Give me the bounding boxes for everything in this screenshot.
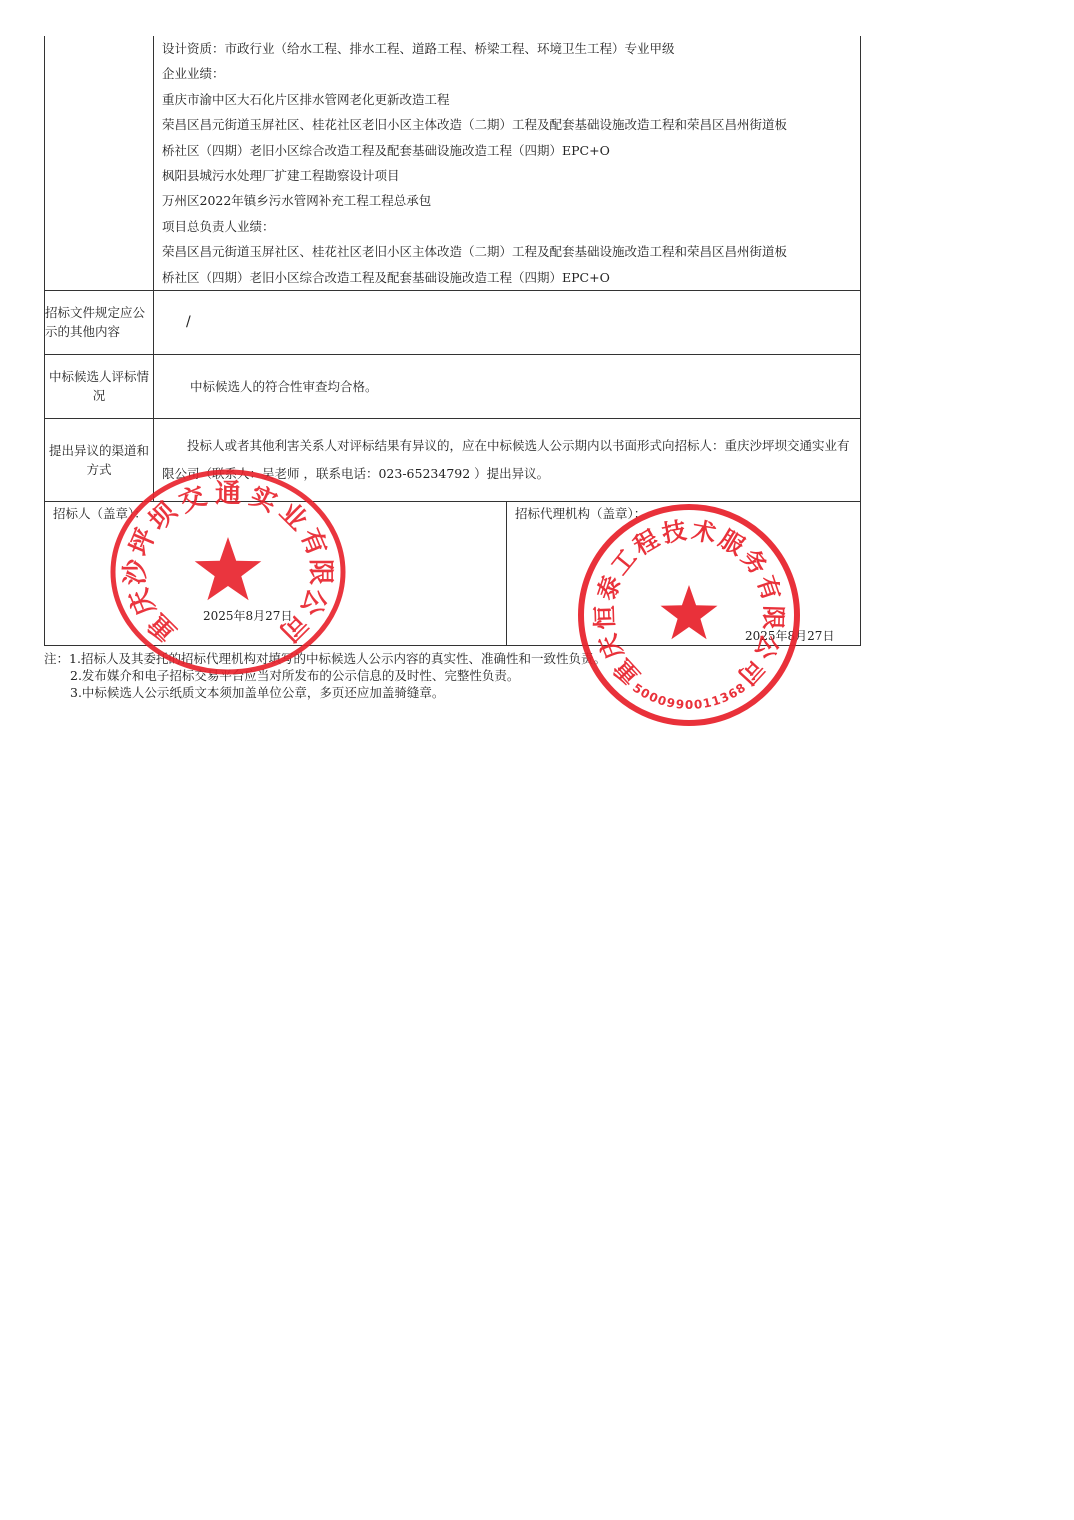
- note-item: 2.发布媒介和电子招标交易平台应当对所发布的公示信息的及时性、完整性负责。: [44, 667, 860, 684]
- note-item: 3.中标候选人公示纸质文本须加盖单位公章，多页还应加盖骑缝章。: [44, 684, 860, 701]
- tenderer-sign-date: 2025年8月27日: [203, 607, 292, 624]
- objection-value: 投标人或者其他利害关系人对评标结果有异议的，应在中标候选人公示期内以书面形式向招…: [154, 432, 860, 488]
- qualification-line: 设计资质：市政行业（给水工程、排水工程、道路工程、桥梁工程、环境卫生工程）专业甲…: [162, 36, 852, 61]
- qualification-line: 重庆市渝中区大石化片区排水管网老化更新改造工程: [162, 87, 852, 112]
- qualification-line: 企业业绩：: [162, 61, 852, 86]
- qualification-label-cell: [45, 36, 154, 290]
- qualification-line: 项目总负责人业绩：: [162, 214, 852, 239]
- qualification-row: 设计资质：市政行业（给水工程、排水工程、道路工程、桥梁工程、环境卫生工程）专业甲…: [45, 36, 861, 290]
- qualification-line: 万州区2022年镇乡污水管网补充工程工程总承包: [162, 188, 852, 213]
- notes-section: 注：1.招标人及其委托的招标代理机构对填写的中标候选人公示内容的真实性、准确性和…: [44, 650, 860, 701]
- agency-signature-cell: 招标代理机构（盖章）： 2025年8月27日: [507, 501, 861, 645]
- qualification-line: 桥社区（四期）老旧小区综合改造工程及配套基础设施改造工程（四期）EPC+O: [162, 138, 852, 163]
- objection-value-cell: 投标人或者其他利害关系人对评标结果有异议的，应在中标候选人公示期内以书面形式向招…: [154, 418, 861, 501]
- qualification-line: 桥社区（四期）老旧小区综合改造工程及配套基础设施改造工程（四期）EPC+O: [162, 265, 852, 290]
- agency-sign-date: 2025年8月27日: [745, 627, 834, 644]
- note-item: 1.招标人及其委托的招标代理机构对填写的中标候选人公示内容的真实性、准确性和一致…: [69, 651, 606, 666]
- agency-seal-label: 招标代理机构（盖章）：: [515, 504, 646, 522]
- objection-row: 提出异议的渠道和方式 投标人或者其他利害关系人对评标结果有异议的，应在中标候选人…: [45, 418, 861, 501]
- evaluation-label: 中标候选人评标情况: [45, 354, 154, 418]
- other-content-label: 招标文件规定应公示的其他内容: [45, 290, 154, 354]
- notes-prefix: 注：: [44, 651, 69, 666]
- candidate-announcement-document: 设计资质：市政行业（给水工程、排水工程、道路工程、桥梁工程、环境卫生工程）专业甲…: [44, 36, 860, 701]
- evaluation-value: 中标候选人的符合性审查均合格。: [154, 379, 378, 394]
- announcement-table: 设计资质：市政行业（给水工程、排水工程、道路工程、桥梁工程、环境卫生工程）专业甲…: [44, 36, 861, 646]
- evaluation-row: 中标候选人评标情况 中标候选人的符合性审查均合格。: [45, 354, 861, 418]
- qualification-line: 荣昌区昌元街道玉屏社区、桂花社区老旧小区主体改造（二期）工程及配套基础设施改造工…: [162, 239, 852, 264]
- other-content-row: 招标文件规定应公示的其他内容 /: [45, 290, 861, 354]
- tenderer-seal-label: 招标人（盖章）：: [53, 504, 147, 522]
- qualification-line: 荣昌区昌元街道玉屏社区、桂花社区老旧小区主体改造（二期）工程及配套基础设施改造工…: [162, 112, 852, 137]
- qualification-content-cell: 设计资质：市政行业（给水工程、排水工程、道路工程、桥梁工程、环境卫生工程）专业甲…: [154, 36, 861, 290]
- evaluation-value-cell: 中标候选人的符合性审查均合格。: [154, 354, 861, 418]
- tenderer-signature-cell: 招标人（盖章）： 2025年8月27日: [45, 501, 507, 645]
- other-content-value-cell: /: [154, 290, 861, 354]
- objection-label: 提出异议的渠道和方式: [45, 418, 154, 501]
- qualification-line: 枫阳县城污水处理厂扩建工程勘察设计项目: [162, 163, 852, 188]
- other-content-value: /: [154, 314, 191, 330]
- signature-row: 招标人（盖章）： 2025年8月27日 招标代理机构（盖章）： 2025年8月2…: [45, 501, 861, 645]
